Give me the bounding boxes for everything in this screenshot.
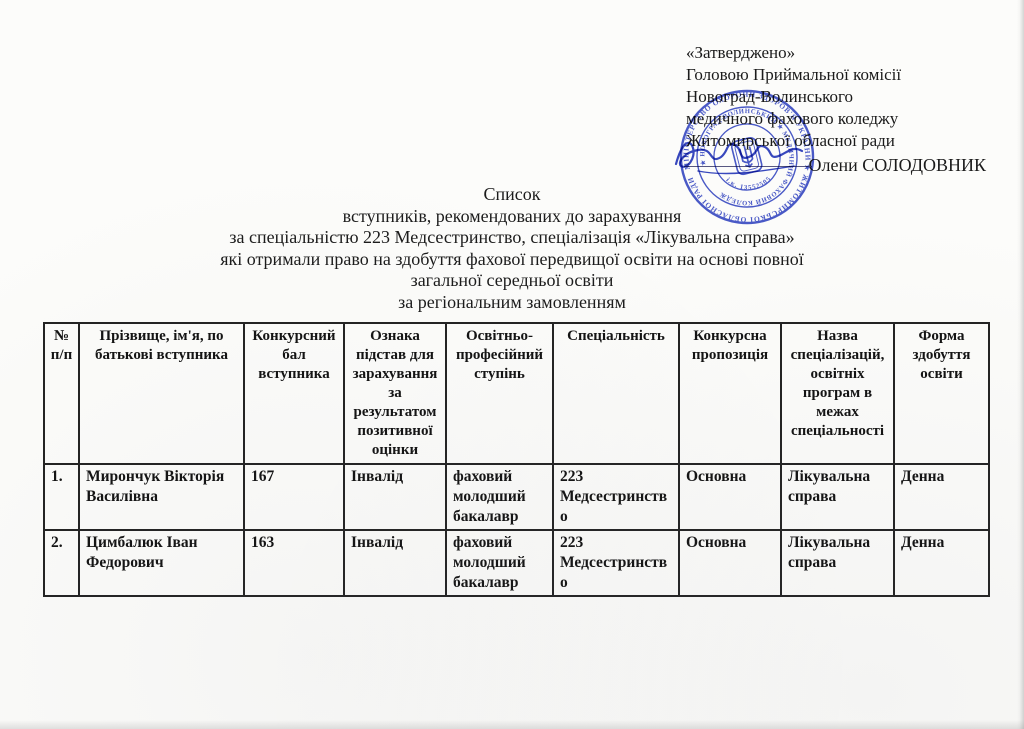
applicants-table: № п/п Прізвище, ім'я, по батькові вступн… [43,322,990,597]
title-line: за регіональним замовленням [0,292,1024,314]
cell-number: 1. [44,464,79,530]
cell-degree: фаховий молодший бакалавр [446,464,553,530]
header-proposal: Конкурсна пропозиція [679,323,781,464]
table-header-row: № п/п Прізвище, ім'я, по батькові вступн… [44,323,989,464]
cell-basis: Інвалід [344,530,446,596]
header-number: № п/п [44,323,79,464]
approval-line: «Затверджено» [686,42,986,64]
cell-name: Цимбалюк Іван Федорович [79,530,244,596]
header-degree: Освітньо-професійний ступінь [446,323,553,464]
cell-score: 167 [244,464,344,530]
cell-form: Денна [894,464,989,530]
signature-icon [668,126,818,181]
cell-proposal: Основна [679,530,781,596]
cell-score: 163 [244,530,344,596]
cell-program: Лікувальна справа [781,530,894,596]
cell-form: Денна [894,530,989,596]
title-line: Список [0,184,1024,206]
document-title: Список вступників, рекомендованих до зар… [0,184,1024,313]
scan-edge-shadow-right [1017,0,1024,729]
cell-specialty: 223 Медсестринство [553,530,679,596]
cell-program: Лікувальна справа [781,464,894,530]
title-line: які отримали право на здобуття фахової п… [0,249,1024,271]
table-row: 2. Цимбалюк Іван Федорович 163 Інвалід ф… [44,530,989,596]
title-line: вступників, рекомендованих до зарахуванн… [0,206,1024,228]
header-form: Форма здобуття освіти [894,323,989,464]
approval-line: Головою Приймальної комісії [686,64,986,86]
cell-basis: Інвалід [344,464,446,530]
table-row: 1. Мирончук Вікторія Василівна 167 Інвал… [44,464,989,530]
title-line: загальної середньої освіти [0,270,1024,292]
header-specialty: Спеціальність [553,323,679,464]
header-program: Назва спеціалізацій, освітніх програм в … [781,323,894,464]
header-name: Прізвище, ім'я, по батькові вступника [79,323,244,464]
header-score: Конкурсний бал вступника [244,323,344,464]
cell-proposal: Основна [679,464,781,530]
title-line: за спеціальністю 223 Медсестринство, спе… [0,227,1024,249]
cell-specialty: 223 Медсестринство [553,464,679,530]
cell-degree: фаховий молодший бакалавр [446,530,553,596]
scan-edge-shadow-bottom [0,720,1024,729]
scanned-document-page: «Затверджено» Головою Приймальної комісі… [0,0,1024,729]
header-basis: Ознака підстав для зарахування за резуль… [344,323,446,464]
cell-number: 2. [44,530,79,596]
cell-name: Мирончук Вікторія Василівна [79,464,244,530]
